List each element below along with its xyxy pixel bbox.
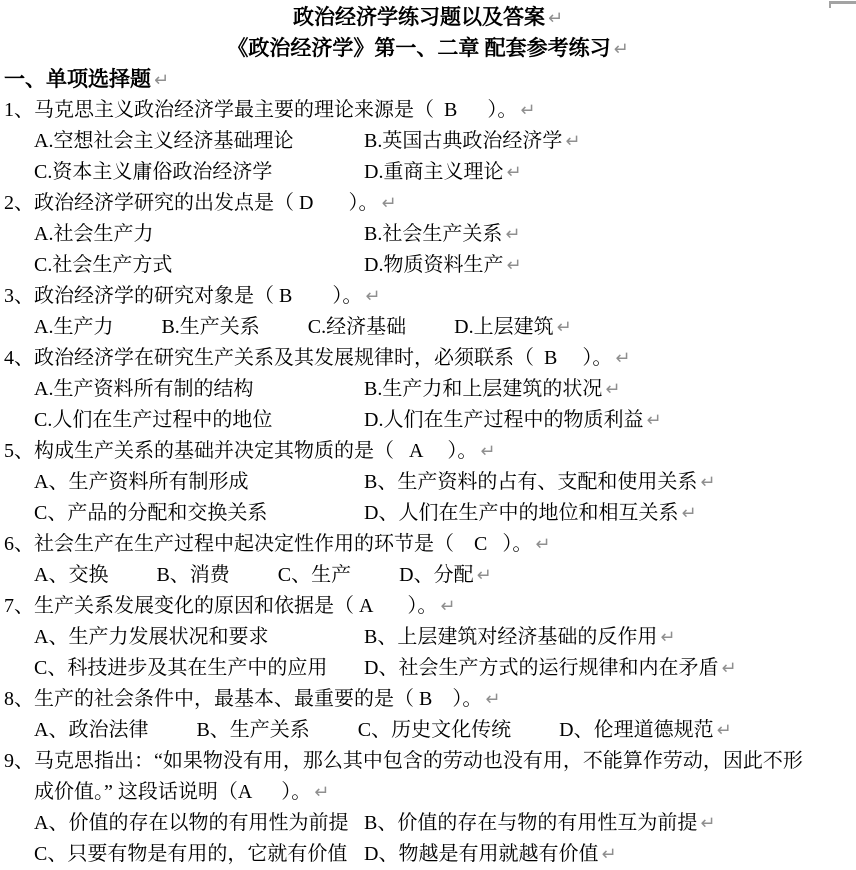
question-7-option-row: C、科技进步及其在生产中的应用D、社会生产方式的运行规律和内在矛盾↵ [0, 653, 856, 684]
question-9-stem-text: 9、马克思指出：“如果物没有用，那么其中包含的劳动也没有用，不能算作劳动，因此不… [4, 750, 803, 772]
paragraph-mark-icon: ↵ [520, 100, 535, 121]
question-7-stem-line: 7、生产关系发展变化的原因和依据是（ A ）。↵ [0, 591, 856, 622]
question-2-stem-line: 2、政治经济学研究的出发点是（ D ）。↵ [0, 188, 856, 219]
question-8-stem-text: 8、生产的社会条件中，最基本、最重要的是（ B ）。 [4, 688, 482, 710]
scrollbar-fragment-tick [829, 1, 831, 8]
paragraph-mark-icon: ↵ [557, 317, 572, 338]
paragraph-mark-icon: ↵ [480, 441, 495, 462]
doc-title-line: 政治经济学练习题以及答案↵ [0, 2, 856, 33]
doc-title: 政治经济学练习题以及答案 [293, 5, 545, 29]
question-4-option-left: C.人们在生产过程中的地位 [34, 405, 364, 436]
paragraph-mark-icon: ↵ [505, 224, 520, 245]
question-5-option-right: D、人们在生产中的地位和相互关系 [364, 502, 678, 524]
question-8-option-item: A、政治法律 [34, 719, 148, 741]
question-4-option-right: D.人们在生产过程中的物质利益 [364, 409, 643, 431]
question-4-option-row: A.生产资料所有制的结构B.生产力和上层建筑的状况↵ [0, 374, 856, 405]
paragraph-mark-icon: ↵ [506, 162, 521, 183]
question-5-option-right: B、生产资料的占有、支配和使用关系 [364, 471, 697, 493]
question-9-option-row: A、价值的存在以物的有用性为前提B、价值的存在与物的有用性互为前提↵ [0, 808, 856, 839]
paragraph-mark-icon: ↵ [314, 782, 329, 803]
question-8-option-row: A、政治法律B、生产关系C、历史文化传统D、伦理道德规范↵ [0, 715, 856, 746]
paragraph-mark-icon: ↵ [381, 193, 396, 214]
paragraph-mark-icon: ↵ [721, 658, 736, 679]
question-2-stem-text: 2、政治经济学研究的出发点是（ D ）。 [4, 192, 378, 214]
doc-subtitle: 《政治经济学》第一、二章 配套参考练习 [227, 36, 610, 60]
question-5-stem-line: 5、构成生产关系的基础并决定其物质的是（ A ）。↵ [0, 436, 856, 467]
question-list: 1、马克思主义政治经济学最主要的理论来源是（ B ）。↵A.空想社会主义经济基础… [0, 95, 856, 870]
question-1-option-right: B.英国古典政治经济学 [364, 130, 562, 152]
question-9-stem-line: 成价值。” 这段话说明（A ）。↵ [0, 777, 856, 808]
paragraph-mark-icon: ↵ [601, 844, 616, 865]
question-6-option-row: A、交换B、消费C、生产D、分配↵ [0, 560, 856, 591]
question-1-option-row: A.空想社会主义经济基础理论B.英国古典政治经济学↵ [0, 126, 856, 157]
question-2-option-row: A.社会生产力B.社会生产关系↵ [0, 219, 856, 250]
question-6-stem-line: 6、社会生产在生产过程中起决定性作用的环节是（ C ）。↵ [0, 529, 856, 560]
scrollbar-fragment [831, 1, 856, 4]
section-heading: 一、单项选择题 [4, 67, 151, 91]
question-2-option-row: C.社会生产方式D.物质资料生产↵ [0, 250, 856, 281]
paragraph-mark-icon: ↵ [614, 39, 629, 60]
question-4-stem-text: 4、政治经济学在研究生产关系及其发展规律时，必须联系（ B ）。 [4, 347, 612, 369]
question-7-option-right: B、上层建筑对经济基础的反作用 [364, 626, 657, 648]
question-4-option-row: C.人们在生产过程中的地位D.人们在生产过程中的物质利益↵ [0, 405, 856, 436]
paragraph-mark-icon: ↵ [506, 255, 521, 276]
question-3-stem-line: 3、政治经济学的研究对象是（ B ）。↵ [0, 281, 856, 312]
paragraph-mark-icon: ↵ [681, 503, 696, 524]
paragraph-mark-icon: ↵ [154, 70, 169, 91]
paragraph-mark-icon: ↵ [565, 131, 580, 152]
paragraph-mark-icon: ↵ [615, 348, 630, 369]
question-6-stem-text: 6、社会生产在生产过程中起决定性作用的环节是（ C ）。 [4, 533, 532, 555]
question-6-option-item: B、消费 [156, 564, 229, 586]
question-9-stem-line: 9、马克思指出：“如果物没有用，那么其中包含的劳动也没有用，不能算作劳动，因此不… [0, 746, 856, 777]
paragraph-mark-icon: ↵ [440, 596, 455, 617]
question-1-option-left: C.资本主义庸俗政治经济学 [34, 157, 364, 188]
paragraph-mark-icon: ↵ [646, 410, 661, 431]
question-7-option-left: C、科技进步及其在生产中的应用 [34, 653, 364, 684]
question-1-stem-text: 1、马克思主义政治经济学最主要的理论来源是（ B ）。 [4, 99, 517, 121]
question-9-option-right: B、价值的存在与物的有用性互为前提 [364, 812, 697, 834]
question-7-option-right: D、社会生产方式的运行规律和内在矛盾 [364, 657, 718, 679]
question-1-stem-line: 1、马克思主义政治经济学最主要的理论来源是（ B ）。↵ [0, 95, 856, 126]
question-2-option-left: A.社会生产力 [34, 219, 364, 250]
question-5-option-left: A、生产资料所有制形成 [34, 467, 364, 498]
question-3-option-item: A.生产力 [34, 316, 113, 338]
paragraph-mark-icon: ↵ [548, 8, 563, 29]
question-4-stem-line: 4、政治经济学在研究生产关系及其发展规律时，必须联系（ B ）。↵ [0, 343, 856, 374]
question-3-option-row: A.生产力B.生产关系C.经济基础D.上层建筑↵ [0, 312, 856, 343]
question-5-option-left: C、产品的分配和交换关系 [34, 498, 364, 529]
question-5-option-row: A、生产资料所有制形成B、生产资料的占有、支配和使用关系↵ [0, 467, 856, 498]
paragraph-mark-icon: ↵ [717, 720, 732, 741]
question-6-option-item: A、交换 [34, 564, 108, 586]
paragraph-mark-icon: ↵ [605, 379, 620, 400]
question-9-option-left: A、价值的存在以物的有用性为前提 [34, 808, 364, 839]
paragraph-mark-icon: ↵ [365, 286, 380, 307]
question-7-option-row: A、生产力发展状况和要求B、上层建筑对经济基础的反作用↵ [0, 622, 856, 653]
question-1-option-row: C.资本主义庸俗政治经济学D.重商主义理论↵ [0, 157, 856, 188]
question-3-stem-text: 3、政治经济学的研究对象是（ B ）。 [4, 285, 362, 307]
question-5-option-row: C、产品的分配和交换关系D、人们在生产中的地位和相互关系↵ [0, 498, 856, 529]
question-9-option-right: D、物越是有用就越有价值 [364, 843, 598, 865]
question-6-option-item: C、生产 [278, 564, 351, 586]
paragraph-mark-icon: ↵ [700, 472, 715, 493]
question-9-option-left: C、只要有物是有用的，它就有价值 [34, 839, 364, 870]
paragraph-mark-icon: ↵ [660, 627, 675, 648]
question-4-option-right: B.生产力和上层建筑的状况 [364, 378, 602, 400]
question-2-option-right: B.社会生产关系 [364, 223, 502, 245]
question-8-option-item: B、生产关系 [196, 719, 309, 741]
question-5-stem-text: 5、构成生产关系的基础并决定其物质的是（ A ）。 [4, 440, 477, 462]
question-1-option-left: A.空想社会主义经济基础理论 [34, 126, 364, 157]
question-2-option-left: C.社会生产方式 [34, 250, 364, 281]
question-7-stem-text: 7、生产关系发展变化的原因和依据是（ A ）。 [4, 595, 437, 617]
question-8-stem-line: 8、生产的社会条件中，最基本、最重要的是（ B ）。↵ [0, 684, 856, 715]
question-3-option-item: D.上层建筑 [454, 316, 553, 338]
doc-subtitle-line: 《政治经济学》第一、二章 配套参考练习↵ [0, 33, 856, 64]
question-4-option-left: A.生产资料所有制的结构 [34, 374, 364, 405]
question-7-option-left: A、生产力发展状况和要求 [34, 622, 364, 653]
question-6-option-item: D、分配 [399, 564, 473, 586]
paragraph-mark-icon: ↵ [477, 565, 492, 586]
question-2-option-right: D.物质资料生产 [364, 254, 503, 276]
question-3-option-item: B.生产关系 [161, 316, 259, 338]
paragraph-mark-icon: ↵ [700, 813, 715, 834]
question-8-option-item: C、历史文化传统 [358, 719, 511, 741]
question-9-stem-text: 成价值。” 这段话说明（A ）。 [34, 781, 311, 803]
paragraph-mark-icon: ↵ [485, 689, 500, 710]
paragraph-mark-icon: ↵ [535, 534, 550, 555]
question-8-option-item: D、伦理道德规范 [559, 719, 713, 741]
question-3-option-item: C.经济基础 [308, 316, 406, 338]
question-9-option-row: C、只要有物是有用的，它就有价值D、物越是有用就越有价值↵ [0, 839, 856, 870]
section-heading-line: 一、单项选择题↵ [0, 64, 856, 95]
question-1-option-right: D.重商主义理论 [364, 161, 503, 183]
document-page[interactable]: 政治经济学练习题以及答案↵ 《政治经济学》第一、二章 配套参考练习↵ 一、单项选… [0, 0, 856, 870]
